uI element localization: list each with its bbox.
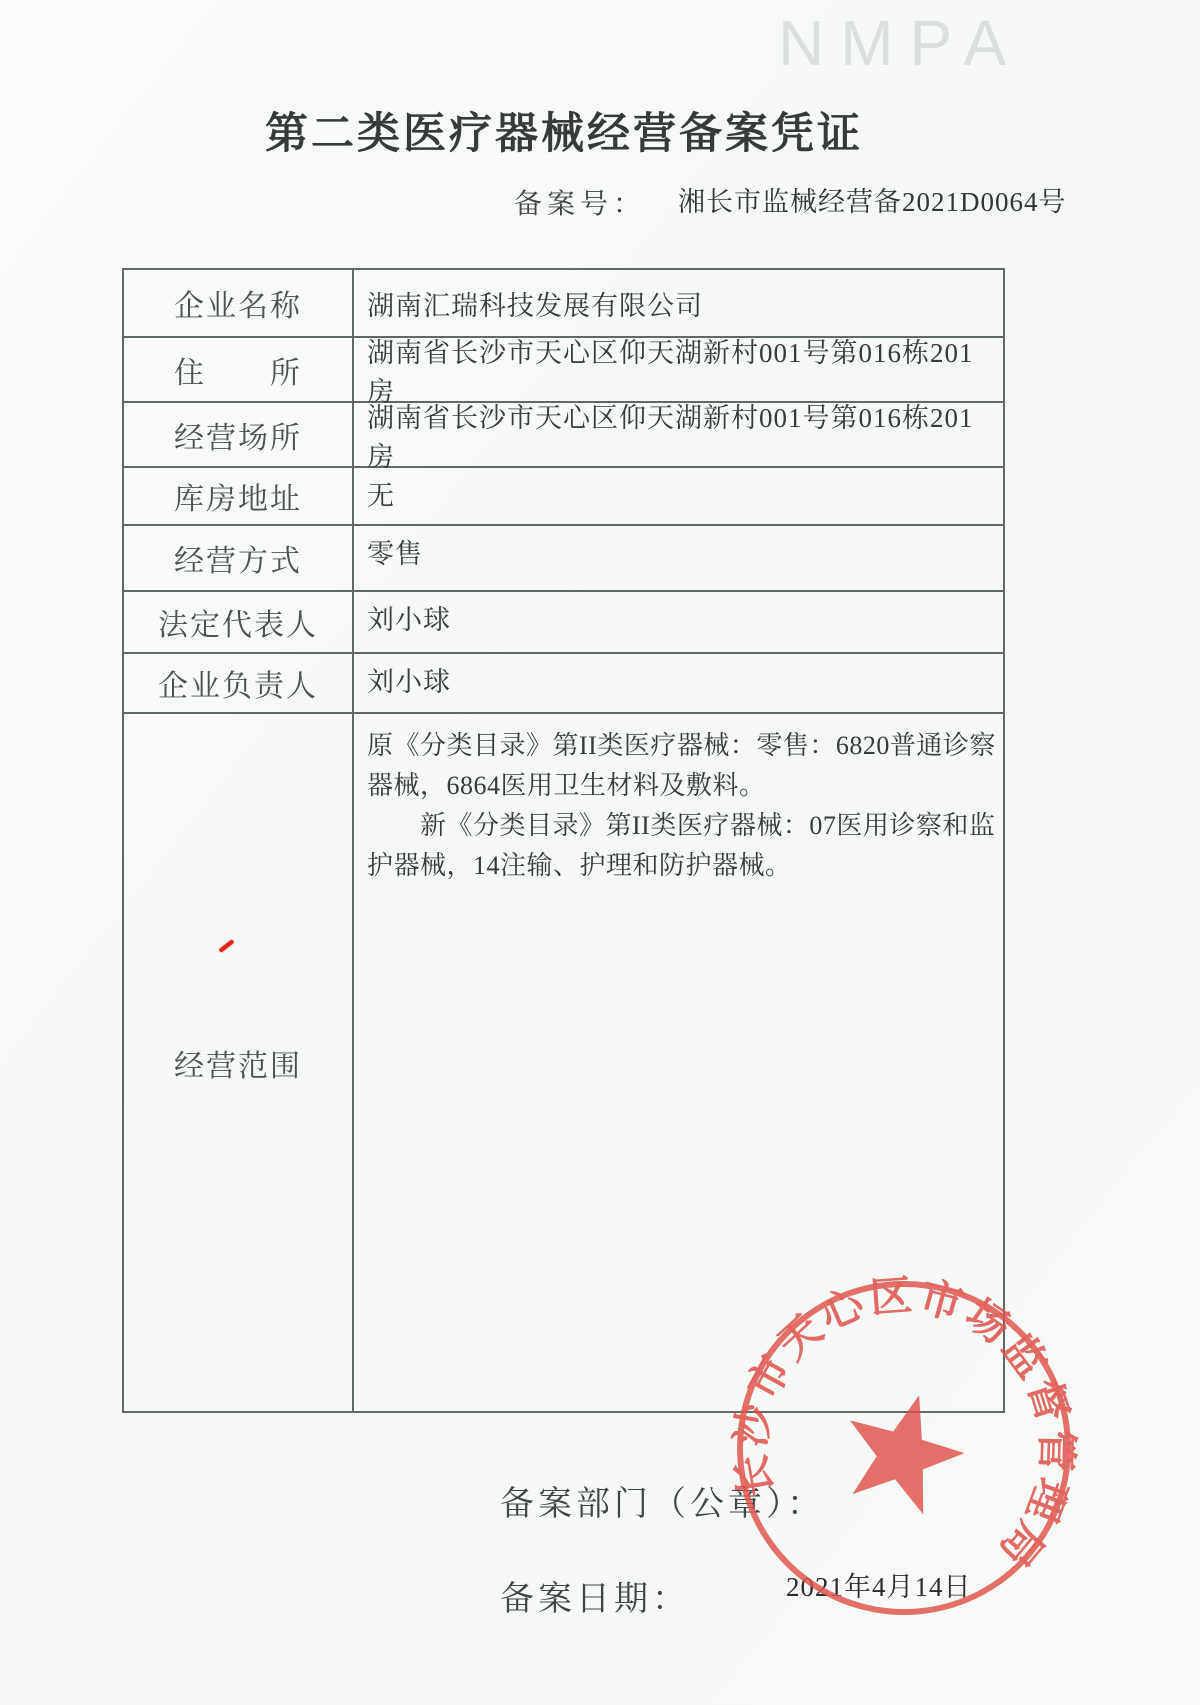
table-row: 法定代表人 刘小球: [124, 590, 1003, 652]
row-value-warehouse-address: 无: [354, 468, 1003, 524]
row-value-business-mode: 零售: [354, 526, 1003, 590]
table-row: 住 所 湖南省长沙市天心区仰天湖新村001号第016栋201房: [124, 336, 1003, 401]
table-row: 经营方式 零售: [124, 524, 1003, 590]
row-label-person-in-charge: 企业负责人: [124, 654, 354, 712]
row-value-company-name: 湖南汇瑞科技发展有限公司: [354, 270, 1003, 336]
row-label-company-name: 企业名称: [124, 270, 354, 336]
row-value-residence: 湖南省长沙市天心区仰天湖新村001号第016栋201房: [354, 338, 1003, 401]
row-label-business-mode: 经营方式: [124, 526, 354, 590]
filing-number-value: 湘长市监械经营备2021D0064号: [678, 180, 1067, 219]
row-value-legal-representative: 刘小球: [354, 592, 1003, 652]
row-label-residence: 住 所: [124, 338, 354, 401]
table-row: 经营场所 湖南省长沙市天心区仰天湖新村001号第016栋201房: [124, 401, 1003, 466]
row-value-person-in-charge: 刘小球: [354, 654, 1003, 712]
star-icon: [830, 1379, 976, 1521]
nmpa-watermark: NMPA: [778, 6, 1022, 80]
table-row: 企业负责人 刘小球: [124, 652, 1003, 712]
row-label-warehouse-address: 库房地址: [124, 468, 354, 524]
row-value-business-premises: 湖南省长沙市天心区仰天湖新村001号第016栋201房: [354, 403, 1003, 466]
row-label-business-premises: 经营场所: [124, 403, 354, 466]
filing-number-label: 备案号：: [514, 182, 646, 222]
document-title: 第二类医疗器械经营备案凭证: [0, 100, 1164, 161]
official-seal: 长沙市天心区市场监督管理局: [718, 1262, 1090, 1634]
table-row: 库房地址 无: [124, 466, 1003, 524]
row-label-business-scope: 经营范围: [124, 714, 354, 1411]
filing-date-label: 备案日期：: [500, 1571, 690, 1620]
table-row: 企业名称 湖南汇瑞科技发展有限公司: [124, 270, 1003, 336]
certificate-table: 企业名称 湖南汇瑞科技发展有限公司 住 所 湖南省长沙市天心区仰天湖新村001号…: [122, 268, 1005, 1413]
row-label-legal-representative: 法定代表人: [124, 592, 354, 652]
certificate-page: NMPA 第二类医疗器械经营备案凭证 备案号： 湘长市监械经营备2021D006…: [0, 0, 1200, 1705]
